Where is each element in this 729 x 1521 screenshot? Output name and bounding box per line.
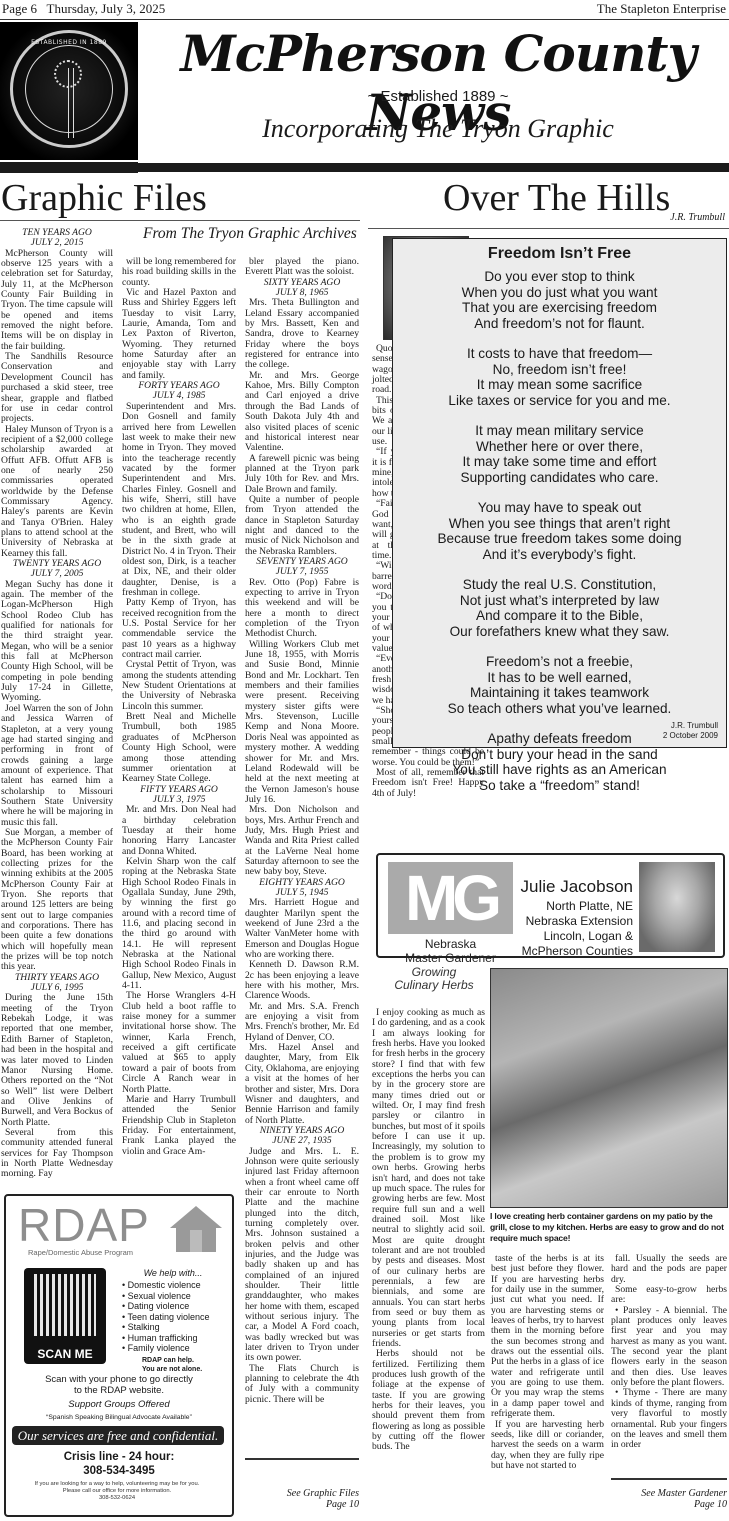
- article-paragraph: Judge and Mrs. L. E. Johnson were quite …: [245, 1147, 359, 1364]
- dateline-kicker: JUNE 27, 1935: [245, 1136, 359, 1146]
- volunteer-line: If you are looking for a way to help, vo…: [10, 1481, 224, 1488]
- poem-line: And it’s everybody’s fight.: [393, 547, 726, 563]
- logo-sub-line: Nebraska: [378, 937, 523, 951]
- poem-line: It may mean military service: [393, 423, 726, 439]
- help-heading: We help with...: [118, 1268, 228, 1278]
- poem-line: Do you ever stop to think: [393, 269, 726, 285]
- article-paragraph: bler played the piano. Everett Platt was…: [245, 257, 359, 278]
- poem-box: Freedom Isn’t Free Do you ever stop to t…: [392, 238, 727, 748]
- article-paragraph: Crystal Pettit of Tryon, was among the s…: [122, 660, 236, 712]
- poem-stanza: It may mean military serviceWhether here…: [393, 423, 726, 485]
- author-name: Julie Jacobson: [521, 877, 633, 897]
- poem-line: Whether here or over there,: [393, 439, 726, 455]
- herbs-headline: Growing Culinary Herbs: [380, 966, 488, 992]
- article-paragraph: Superintendent and Mrs. Don Gosnell and …: [122, 402, 236, 599]
- windmill-tower-icon: [68, 68, 74, 138]
- master-gardener-column-1: I enjoy cooking as much as I do gardenin…: [372, 1008, 485, 1453]
- article-paragraph: Mr. and Mrs. George Kahoe, Mrs. Billy Co…: [245, 371, 359, 454]
- poem-line: Don’t bury your head in the sand: [393, 747, 726, 763]
- poem-stanza: It costs to have that freedom—No, freedo…: [393, 346, 726, 408]
- help-item: Teen dating violence: [122, 1312, 210, 1323]
- article-paragraph: Herbs should not be fertilized. Fertiliz…: [372, 1349, 485, 1452]
- article-paragraph: McPherson County will observe 125 years …: [1, 249, 113, 352]
- help-note-line: You are not alone.: [142, 1365, 202, 1374]
- photo-caption: I love creating herb container gardens o…: [490, 1211, 728, 1244]
- poem-stanzas: Do you ever stop to thinkWhen you do jus…: [393, 269, 726, 793]
- poem-line: It may take some time and effort: [393, 454, 726, 470]
- house-icon: [168, 1204, 224, 1254]
- rdap-logo: RDAP: [18, 1202, 150, 1248]
- poem-line: It may mean some sacrifice: [393, 377, 726, 393]
- support-groups: Support Groups Offered: [6, 1399, 232, 1410]
- article-paragraph: Mrs. Hazel Ansel and daughter, Mary, fro…: [245, 1043, 359, 1126]
- author-info-line: North Platte, NE: [522, 899, 633, 914]
- poem-stanza: Study the real U.S. Constitution,Not jus…: [393, 577, 726, 639]
- poem-line: Supporting candidates who care.: [393, 470, 726, 486]
- seal-inner-circle: [25, 45, 113, 133]
- poem-line: Because true freedom takes some doing: [393, 531, 726, 547]
- crisis-line: Crisis line - 24 hour: 308-534-3495: [6, 1450, 232, 1478]
- poem-line: Not just what’s interpreted by law: [393, 593, 726, 609]
- poem-line: When you see things that aren’t right: [393, 516, 726, 532]
- article-paragraph: Mrs. Theta Bullington and Leland Essary …: [245, 298, 359, 370]
- jump-page: Page 10: [611, 1499, 727, 1510]
- article-paragraph: Kelvin Sharp won the calf roping at the …: [122, 857, 236, 991]
- folio-rule: [0, 19, 729, 20]
- article-paragraph: Joel Warren the son of John and Jessica …: [1, 704, 113, 828]
- established-line: ~ Established 1889 ~: [148, 88, 728, 105]
- jump-rule: [245, 1458, 359, 1460]
- help-item: Domestic violence: [122, 1280, 210, 1291]
- incorporating-line: Incorporating The Tryon Graphic: [148, 114, 728, 144]
- article-paragraph: Haley Munson of Tryon is a recipient of …: [1, 425, 113, 559]
- rdap-help-note: RDAP can help. You are not alone.: [142, 1356, 202, 1374]
- poem-line: You still have rights as an American: [393, 762, 726, 778]
- poem-line: So teach others what you’ve learned.: [393, 701, 726, 717]
- qr-code[interactable]: SCAN ME: [24, 1268, 106, 1364]
- poem-line: And compare it to the Bible,: [393, 608, 726, 624]
- scan-line: to the RDAP website.: [6, 1385, 232, 1396]
- master-gardener-logo-sub: Nebraska Master Gardener: [378, 937, 523, 965]
- seal-ring: ESTABLISHED IN 1889: [10, 30, 128, 148]
- author-info: North Platte, NE Nebraska Extension Linc…: [522, 899, 633, 959]
- article-paragraph: During the June 15th meeting of the Tryo…: [1, 993, 113, 1127]
- poem-line: And freedom’s not for flaunt.: [393, 316, 726, 332]
- poem-line: Maintaining it takes teamwork: [393, 685, 726, 701]
- poem-line: It has to be well earned,: [393, 670, 726, 686]
- poem-stanza: Freedom’s not a freebie,It has to be wel…: [393, 654, 726, 716]
- poem-signature: J.R. Trumbull 2 October 2009: [663, 721, 718, 741]
- poem-line: It costs to have that freedom—: [393, 346, 726, 362]
- article-paragraph: Mrs. Don Nicholson and boys, Mrs. Arthur…: [245, 805, 359, 877]
- logo-sub-line: Master Gardener: [378, 951, 523, 965]
- scan-instructions: Scan with your phone to go directly to t…: [6, 1374, 232, 1396]
- article-paragraph: will be long remembered for his road bui…: [122, 257, 236, 288]
- byline: J.R. Trumbull: [670, 212, 725, 223]
- rdap-subtitle: Rape/Domestic Abuse Program: [28, 1248, 133, 1257]
- over-the-hills-title: Over The Hills: [443, 178, 670, 218]
- volunteer-line: Please call our office for more informat…: [10, 1488, 224, 1495]
- graphic-files-rule: [0, 220, 360, 221]
- graphic-files-column-3: bler played the piano. Everett Platt was…: [245, 257, 359, 1405]
- article-paragraph: Patty Kemp of Tryon, has received recogn…: [122, 598, 236, 660]
- paper-name: The Stapleton Enterprise: [597, 1, 726, 18]
- poem-date: 2 October 2009: [663, 731, 718, 741]
- section-bar-left: [0, 162, 138, 173]
- article-paragraph: A farewell picnic was being planned at t…: [245, 454, 359, 495]
- jump-rule: [611, 1478, 727, 1480]
- master-gardener-column-3: fall. Usually the seeds are hard and the…: [611, 1254, 727, 1451]
- help-item: Human trafficking: [122, 1333, 210, 1344]
- author-info-line: Lincoln, Logan &: [522, 929, 633, 944]
- graphic-files-column-1: TEN YEARS AGOJULY 2, 2015McPherson Count…: [1, 228, 113, 1180]
- article-paragraph: taste of the herbs is at its best just b…: [491, 1254, 604, 1420]
- article-paragraph: Brett Neal and Michelle Trumbull, both 1…: [122, 712, 236, 784]
- poem-line: That you are exercising freedom: [393, 300, 726, 316]
- headline-line: Culinary Herbs: [380, 979, 488, 992]
- article-paragraph: If you are harvesting herb seeds, like d…: [491, 1420, 604, 1472]
- article-paragraph: Rev. Otto (Pop) Fabre is expecting to ar…: [245, 578, 359, 640]
- scan-line: Scan with your phone to go directly: [6, 1374, 232, 1385]
- article-paragraph: Mr. and Mrs. S.A. French are enjoying a …: [245, 1002, 359, 1043]
- article-paragraph: Mr. and Mrs. Don Neal had a birthday cel…: [122, 805, 236, 857]
- author-photo: [639, 862, 715, 952]
- help-item: Sexual violence: [122, 1291, 210, 1302]
- qr-pattern: [34, 1274, 96, 1336]
- help-item: Stalking: [122, 1322, 210, 1333]
- poem-stanza: Do you ever stop to thinkWhen you do jus…: [393, 269, 726, 331]
- jump-label: See Graphic Files: [245, 1488, 359, 1499]
- scan-me-label: SCAN ME: [24, 1347, 106, 1361]
- graphic-files-column-2: will be long remembered for his road bui…: [122, 257, 236, 1157]
- page-number: Page 6: [2, 1, 37, 16]
- master-gardener-header: MG Nebraska Master Gardener Julie Jacobs…: [376, 853, 725, 958]
- article-paragraph: Kenneth D. Dawson R.M. 2c has been enjoy…: [245, 960, 359, 1001]
- article-paragraph: • Parsley - A biennial. The plant produc…: [611, 1306, 727, 1389]
- county-seal-image: ESTABLISHED IN 1889: [0, 22, 138, 160]
- jump-label: See Master Gardener: [611, 1488, 727, 1499]
- graphic-files-jump[interactable]: See Graphic Files Page 10: [245, 1488, 359, 1510]
- help-note-line: RDAP can help.: [142, 1356, 202, 1365]
- article-paragraph: • Thyme - There are many kinds of thyme,…: [611, 1388, 727, 1450]
- poem-author: J.R. Trumbull: [663, 721, 718, 731]
- free-confidential-banner: Our services are free and confidential.: [12, 1426, 224, 1445]
- master-gardener-jump[interactable]: See Master Gardener Page 10: [611, 1488, 727, 1510]
- issue-date: Thursday, July 3, 2025: [47, 1, 166, 16]
- article-paragraph: I enjoy cooking as much as I do gardenin…: [372, 1008, 485, 1349]
- poem-line: You may have to speak out: [393, 500, 726, 516]
- help-list: Domestic violence Sexual violence Dating…: [122, 1280, 210, 1354]
- rdap-advertisement: RDAP Rape/Domestic Abuse Program SCAN ME…: [4, 1194, 234, 1517]
- article-paragraph: Mrs. Harriett Hogue and daughter Marilyn…: [245, 898, 359, 960]
- graphic-files-title: Graphic Files: [1, 178, 207, 218]
- article-paragraph: Megan Suchy has done it again. The membe…: [1, 580, 113, 704]
- help-item: Dating violence: [122, 1301, 210, 1312]
- spanish-advocate: “Spanish Speaking Bilingual Advocate Ava…: [6, 1414, 232, 1421]
- article-paragraph: Vic and Hazel Paxton and Russ and Shirle…: [122, 288, 236, 381]
- folio-page-date: Page 6 Thursday, July 3, 2025: [2, 1, 165, 18]
- article-paragraph: The Flats Church is planning to celebrat…: [245, 1364, 359, 1405]
- archives-subhead: From The Tryon Graphic Archives: [143, 225, 357, 243]
- poem-line: So take a “freedom” stand!: [393, 778, 726, 794]
- master-gardener-column-2: taste of the herbs is at its best just b…: [491, 1254, 604, 1471]
- crisis-label: Crisis line - 24 hour:: [6, 1450, 232, 1464]
- jump-page: Page 10: [245, 1499, 359, 1510]
- herb-container-photo: [490, 968, 728, 1208]
- volunteer-phone[interactable]: 308-532-0624: [10, 1495, 224, 1502]
- poem-title: Freedom Isn’t Free: [393, 245, 726, 263]
- volunteer-info: If you are looking for a way to help, vo…: [10, 1481, 224, 1503]
- article-paragraph: Some easy-to-grow herbs are:: [611, 1285, 727, 1306]
- help-item: Family violence: [122, 1343, 210, 1354]
- master-gardener-logo: MG: [388, 862, 513, 934]
- article-paragraph: Quite a number of people from Tryon atte…: [245, 495, 359, 557]
- over-the-hills-rule: [368, 228, 729, 229]
- poem-line: Study the real U.S. Constitution,: [393, 577, 726, 593]
- article-paragraph: Marie and Harry Trumbull attended the Se…: [122, 1095, 236, 1157]
- article-paragraph: The Sandhills Resource Conservation and …: [1, 352, 113, 424]
- article-paragraph: Several from this community attended fun…: [1, 1128, 113, 1180]
- article-paragraph: fall. Usually the seeds are hard and the…: [611, 1254, 727, 1285]
- crisis-phone[interactable]: 308-534-3495: [6, 1464, 232, 1478]
- author-info-line: Nebraska Extension: [522, 914, 633, 929]
- article-paragraph: The Horse Wranglers 4-H Club held a boot…: [122, 991, 236, 1094]
- article-paragraph: Willing Workers Club met June 18, 1955, …: [245, 640, 359, 806]
- section-bar-right: [138, 163, 729, 172]
- poem-line: Our forefathers knew what they saw.: [393, 624, 726, 640]
- poem-line: Like taxes or service for you and me.: [393, 393, 726, 409]
- poem-stanza: You may have to speak outWhen you see th…: [393, 500, 726, 562]
- folio-line: Page 6 Thursday, July 3, 2025 The Staple…: [0, 0, 729, 18]
- poem-line: No, freedom isn’t free!: [393, 362, 726, 378]
- author-info-line: McPherson Counties: [522, 944, 633, 959]
- poem-line: When you do just what you want: [393, 285, 726, 301]
- poem-line: Freedom’s not a freebie,: [393, 654, 726, 670]
- article-paragraph: Sue Morgan, a member of the McPherson Co…: [1, 828, 113, 973]
